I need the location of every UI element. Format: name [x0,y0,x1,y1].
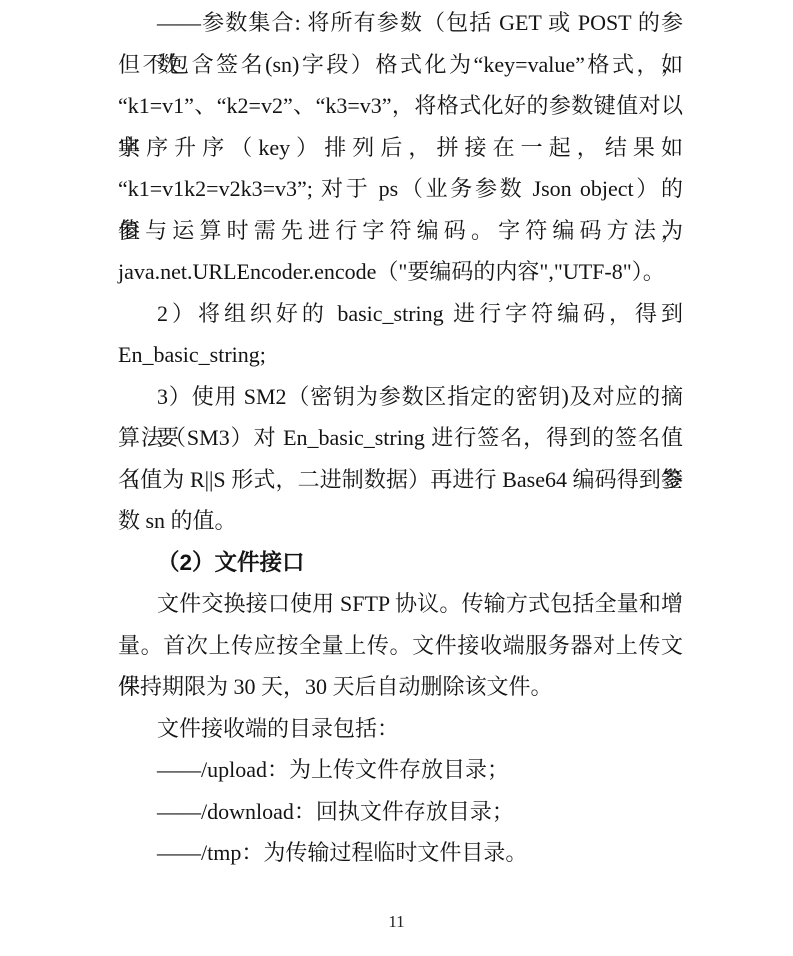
text-line-12: 名值为 R||S 形式，二进制数据）再进行 Base64 编码得到参 [118,459,683,501]
text-line-5: “k1=v1k2=v2k3=v3”; 对于 ps（业务参数 Json objec… [118,168,683,210]
page-number: 11 [0,912,793,932]
text-line-7: java.net.URLEncoder.encode（"要编码的内容","UTF… [118,251,683,293]
text-line-14: （2）文件接口 [118,542,683,584]
text-line-1: ——参数集合: 将所有参数（包括 GET 或 POST 的参数， [118,2,683,44]
text-line-16: 量。首次上传应按全量上传。文件接收端服务器对上传文件 [118,625,683,667]
text-line-13: 数 sn 的值。 [118,500,683,542]
text-line-3: “k1=v1”、“k2=v2”、“k3=v3”，将格式化好的参数键值对以字 [118,85,683,127]
document-page: ——参数集合: 将所有参数（包括 GET 或 POST 的参数，但不包含签名(s… [0,0,793,956]
text-line-4: 典序升序（key）排列后，拼接在一起，结果如 [118,127,683,169]
text-line-6: 参与运算时需先进行字符编码。字符编码方法为 [118,210,683,252]
text-line-20: ——/download：回执文件存放目录； [118,791,683,833]
body-text: ——参数集合: 将所有参数（包括 GET 或 POST 的参数，但不包含签名(s… [118,2,683,874]
text-line-9: En_basic_string; [118,334,683,376]
text-line-21: ——/tmp：为传输过程临时文件目录。 [118,832,683,874]
text-line-15: 文件交换接口使用 SFTP 协议。传输方式包括全量和增 [118,583,683,625]
text-line-18: 文件接收端的目录包括： [118,708,683,750]
text-line-11: 算法（SM3）对 En_basic_string 进行签名，得到的签名值（签 [118,417,683,459]
text-line-2: 但不包含签名(sn)字段）格式化为“key=value”格式，如 [118,44,683,86]
text-line-17: 保持期限为 30 天，30 天后自动删除该文件。 [118,666,683,708]
text-line-10: 3）使用 SM2（密钥为参数区指定的密钥)及对应的摘要 [118,376,683,418]
text-line-8: 2）将组织好的 basic_string 进行字符编码，得到 [118,293,683,335]
text-line-19: ——/upload：为上传文件存放目录； [118,749,683,791]
